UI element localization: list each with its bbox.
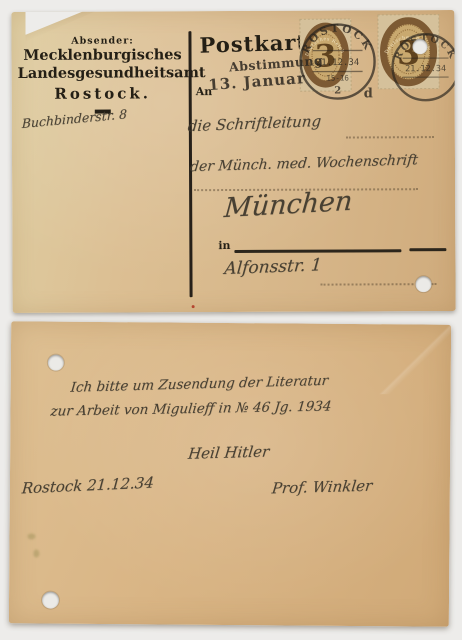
punch-hole: [416, 276, 432, 292]
punch-hole: [42, 592, 59, 609]
city-rule-line-segment: [409, 248, 446, 251]
address-city-handwritten: München: [223, 186, 354, 224]
postcard-back: Ich bitte um Zusendung der Literatur zur…: [9, 321, 451, 626]
postcard-front: Absender: Mecklenburgisches Landesgesund…: [11, 10, 455, 313]
sender-org-line1: Mecklenburgisches: [17, 46, 187, 65]
address-street-handwritten: Alfonsstr. 1: [224, 255, 323, 279]
postmark-hours: 15-16: [326, 73, 349, 82]
crease-highlight: [361, 324, 452, 395]
red-speck: [192, 305, 195, 308]
address-line2-handwritten: der Münch. med. Wochenschrift: [189, 152, 418, 175]
punch-hole: [48, 355, 64, 371]
salutation-handwritten: Heil Hitler: [187, 442, 270, 462]
stain-mark: [27, 533, 35, 539]
message-line1-handwritten: Ich bitte um Zusendung der Literatur: [70, 373, 329, 396]
address-line1-handwritten: die Schriftleitung: [187, 112, 322, 135]
sender-org-line2: Landesgesundheitsamt: [18, 64, 188, 83]
address-dotted-line: [346, 136, 434, 138]
punch-hole: [412, 39, 427, 54]
sender-label: Absender:: [17, 35, 187, 47]
city-rule-line: [234, 249, 401, 252]
signature-handwritten: Prof. Winkler: [271, 477, 373, 498]
message-line2-handwritten: zur Arbeit von Migulieff in № 46 Jg. 193…: [50, 398, 333, 419]
postmark-date: 21.12.34: [405, 64, 446, 74]
stain-mark: [33, 549, 39, 557]
photo-scan-of-postcard: Absender: Mecklenburgisches Landesgesund…: [0, 0, 462, 640]
cancel-index-letter: d: [364, 86, 373, 101]
place-date-handwritten: Rostock 21.12.34: [21, 473, 154, 497]
in-label: in: [218, 239, 230, 252]
sender-town: Rostock.: [18, 84, 188, 103]
sender-block: Absender: Mecklenburgisches Landesgesund…: [17, 35, 187, 113]
postmark-zone: 2: [334, 86, 341, 97]
